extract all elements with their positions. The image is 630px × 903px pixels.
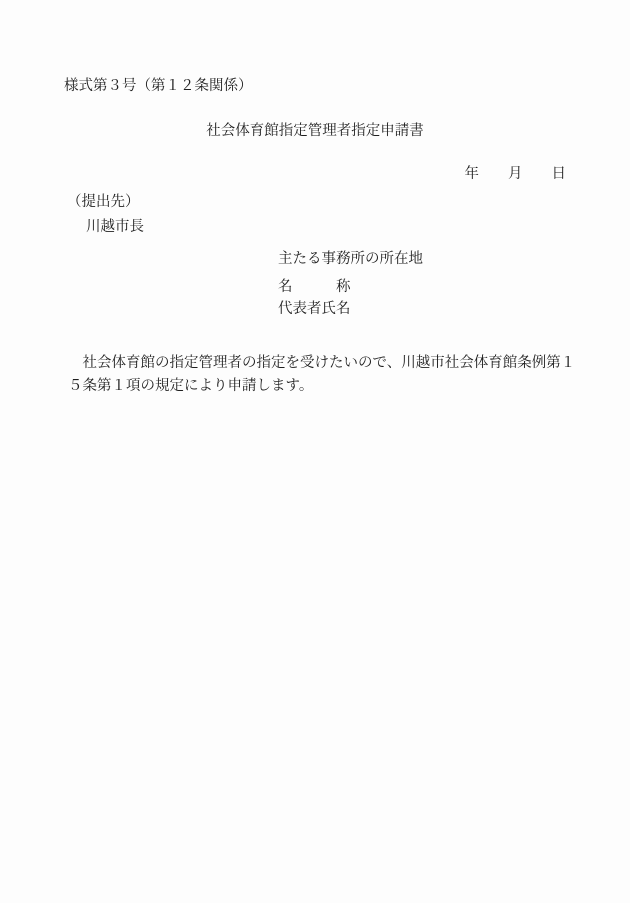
submit-to-label: （提出先） [67,194,140,211]
date-line: 年 月 日 [465,166,567,183]
body-paragraph-line-1: 社会体育館の指定管理者の指定を受けたいので、川越市社会体育館条例第１ [68,355,575,372]
addressee-kawagoe-mayor: 川越市長 [86,219,144,236]
form-number: 様式第３号（第１２条関係） [64,78,253,95]
document-title: 社会体育館指定管理者指定申請書 [0,123,630,140]
name-label: 名 称 [278,279,351,296]
office-address-label: 主たる事務所の所在地 [278,251,423,268]
body-paragraph-line-2: ５条第１項の規定により申請します。 [68,378,313,395]
representative-name-label: 代表者氏名 [278,301,351,318]
application-form-page: 様式第３号（第１２条関係） 社会体育館指定管理者指定申請書 年 月 日 （提出先… [0,0,630,903]
